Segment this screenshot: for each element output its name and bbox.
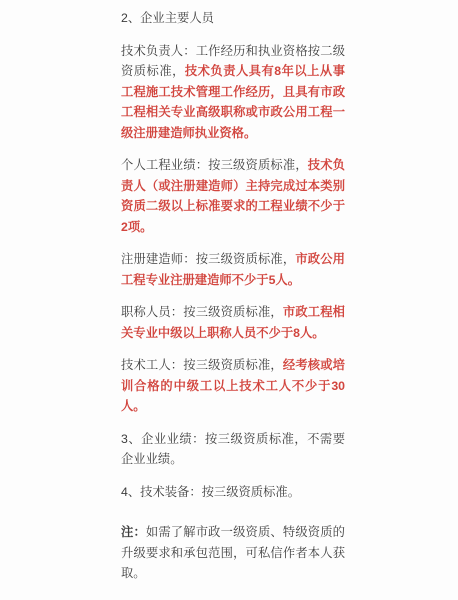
article-body: 2、企业主要人员技术负责人：工作经历和执业资格按二级资质标准，技术负责人具有8年… (121, 8, 345, 596)
text-segment: 3、企业业绩：按三级资质标准，不需要企业业绩。 (121, 432, 345, 467)
text-segment: 个人工程业绩：按三级资质标准， (121, 158, 308, 172)
text-segment: 技术工人：按三级资质标准， (121, 358, 283, 372)
text-segment: 职称人员：按三级资质标准， (121, 305, 283, 319)
text-segment: 注册建造师：按三级资质标准， (121, 252, 295, 266)
heading-enterprise-key-personnel: 2、企业主要人员 (121, 8, 345, 29)
para-note: 注：如需了解市政一级资质、特级资质的升级要求和承包范围，可私信作者本人获取。 (121, 522, 345, 584)
text-segment: 注： (121, 525, 146, 539)
para-technical-director: 技术负责人：工作经历和执业资格按二级资质标准，技术负责人具有8年以上从事工程施工… (121, 41, 345, 144)
text-segment: 2、企业主要人员 (121, 11, 214, 25)
para-skilled-workers: 技术工人：按三级资质标准，经考核或培训合格的中级工以上技术工人不少于30人。 (121, 355, 345, 417)
para-titled-personnel: 职称人员：按三级资质标准，市政工程相关专业中级以上职称人员不少于8人。 (121, 302, 345, 343)
text-segment: 4、技术装备：按三级资质标准。 (121, 485, 300, 499)
text-segment: 如需了解市政一级资质、特级资质的升级要求和承包范围，可私信作者本人获取。 (121, 525, 345, 580)
para-personal-performance: 个人工程业绩：按三级资质标准，技术负责人（或注册建造师）主持完成过本类别资质二级… (121, 155, 345, 237)
para-registered-constructor: 注册建造师：按三级资质标准，市政公用工程专业注册建造师不少于5人。 (121, 249, 345, 290)
para-technical-equipment: 4、技术装备：按三级资质标准。 (121, 482, 345, 503)
para-enterprise-performance: 3、企业业绩：按三级资质标准，不需要企业业绩。 (121, 429, 345, 470)
